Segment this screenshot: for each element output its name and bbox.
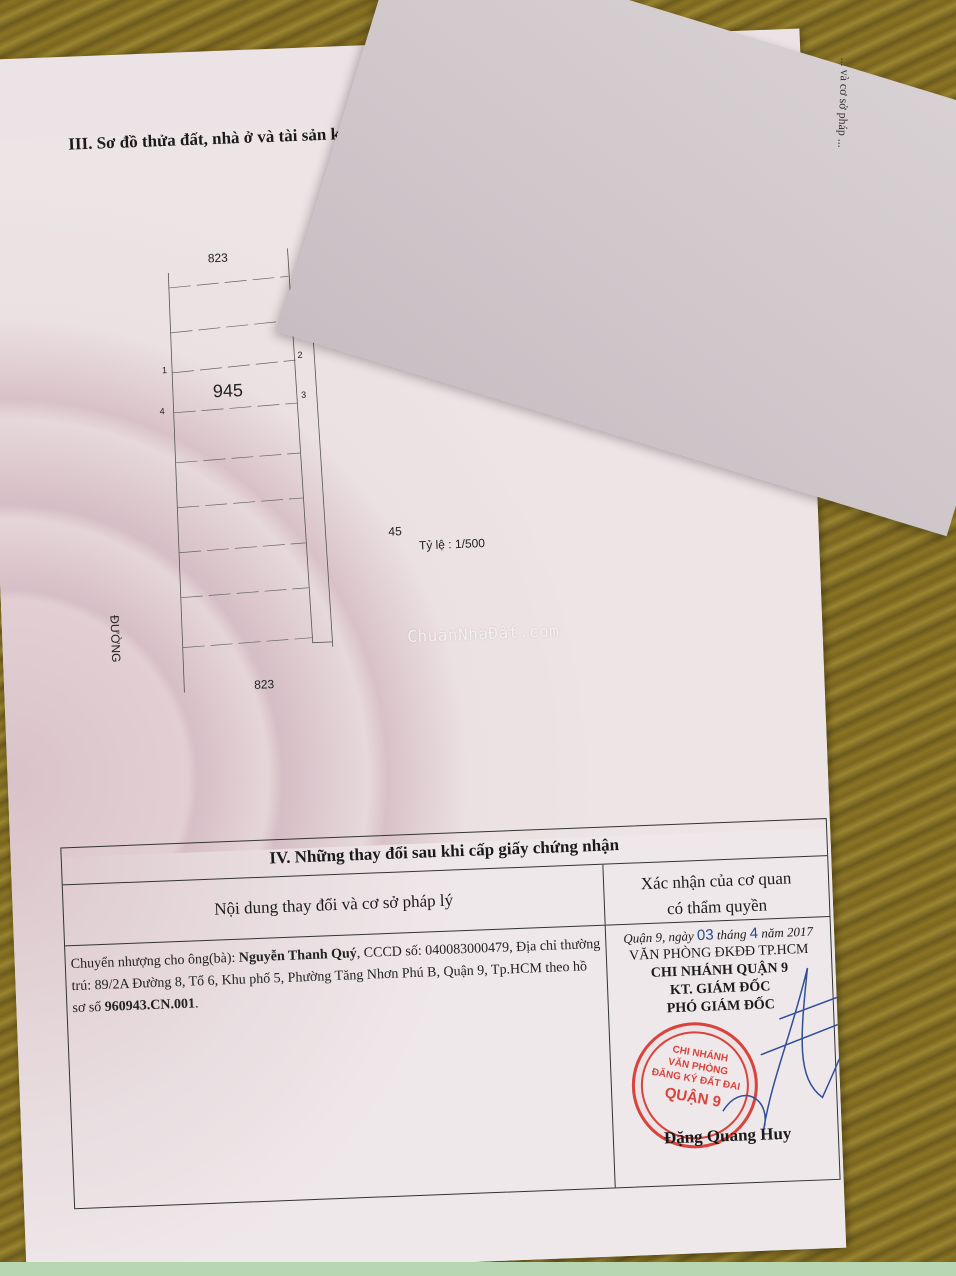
- date-day: 03: [697, 926, 714, 944]
- changes-table: IV. Những thay đổi sau khi cấp giấy chứn…: [60, 818, 840, 1209]
- change-content: Chuyển nhượng cho ông(bà): Nguyễn Thanh …: [65, 926, 616, 1209]
- corner-2: 2: [297, 350, 302, 360]
- curled-page-text: ... và cơ sở pháp ...: [834, 57, 852, 148]
- corner-1: 1: [162, 365, 167, 375]
- file-number: 960943.CN.001: [104, 996, 195, 1014]
- transferee-id: , CCCD số: 040083000479,: [356, 940, 512, 961]
- confirmation-block: Quận 9, ngày 03 tháng 4 năm 2017 VĂN PHÒ…: [606, 917, 840, 1187]
- signer-name: Đặng Quang Huy: [664, 1124, 792, 1149]
- date-prefix: Quận 9, ngày: [623, 928, 697, 946]
- corner-4: 4: [159, 406, 164, 416]
- parcel-45: 45: [388, 524, 402, 539]
- scale-label: Tỷ lệ : 1/500: [419, 536, 486, 553]
- transferee-name: Nguyễn Thanh Quý: [239, 946, 358, 966]
- transfer-prefix: Chuyển nhượng cho ông(bà):: [71, 951, 240, 972]
- signature-icon: [697, 955, 846, 1142]
- year-label: năm 2017: [758, 924, 813, 941]
- month-label: tháng: [713, 926, 750, 942]
- parcel-823-top: 823: [208, 251, 229, 266]
- road-label: ĐƯỜNG: [107, 615, 123, 663]
- suffix: .: [195, 996, 199, 1011]
- background-strip: [0, 1262, 956, 1276]
- parcel-945: 945: [213, 380, 244, 402]
- corner-3: 3: [301, 390, 306, 400]
- header-confirm: Xác nhận của cơ quan có thẩm quyền: [603, 856, 829, 925]
- parcel-823-bottom: 823: [254, 677, 275, 692]
